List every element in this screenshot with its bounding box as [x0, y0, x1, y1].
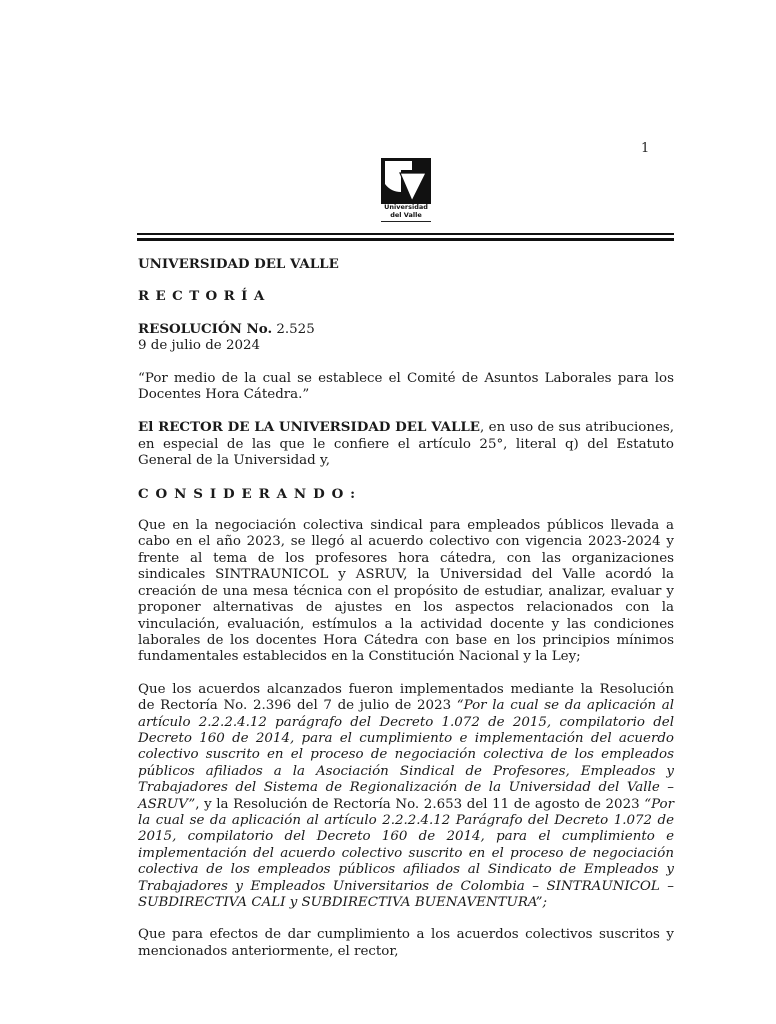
logo-underline [381, 221, 431, 222]
univalle-emblem-icon [379, 156, 433, 204]
paragraph-2-citation-a: “Por la cual se da aplicación al artícul… [138, 698, 674, 811]
resolution-heading: RESOLUCIÓN No. 2.525 [138, 321, 674, 338]
resolution-label: RESOLUCIÓN No. [138, 321, 272, 337]
logo-text-line1: Universidad [379, 203, 433, 211]
document-body: UNIVERSIDAD DEL VALLE RECTORÍA RESOLUCIÓ… [138, 256, 674, 960]
institution-name: UNIVERSIDAD DEL VALLE [138, 256, 674, 272]
considerando-heading: CONSIDERANDO: [138, 486, 674, 502]
considerando-paragraph-1: Que en la negociación colectiva sindical… [138, 518, 674, 666]
header-divider-top [137, 233, 674, 235]
university-logo: Universidad del Valle [379, 156, 433, 226]
preamble-authority: El RECTOR DE LA UNIVERSIDAD DEL VALLE [138, 419, 480, 435]
logo-text-line2: del Valle [379, 211, 433, 219]
paragraph-2-text-b: , y la Resolución de Rectoría No. 2.653 … [195, 797, 644, 812]
office-name: RECTORÍA [138, 288, 674, 304]
preamble: El RECTOR DE LA UNIVERSIDAD DEL VALLE, e… [138, 419, 674, 469]
paragraph-2-citation-b: “Por la cual se da aplicación al artícul… [138, 797, 674, 910]
resolution-date: 9 de julio de 2024 [138, 338, 674, 354]
considerando-paragraph-3: Que para efectos de dar cumplimiento a l… [138, 927, 674, 960]
resolution-title: “Por medio de la cual se establece el Co… [138, 371, 674, 404]
resolution-number: 2.525 [276, 322, 314, 337]
page-number: 1 [641, 141, 649, 156]
header-divider-bottom [137, 238, 674, 241]
considerando-paragraph-2: Que los acuerdos alcanzados fueron imple… [138, 682, 674, 912]
